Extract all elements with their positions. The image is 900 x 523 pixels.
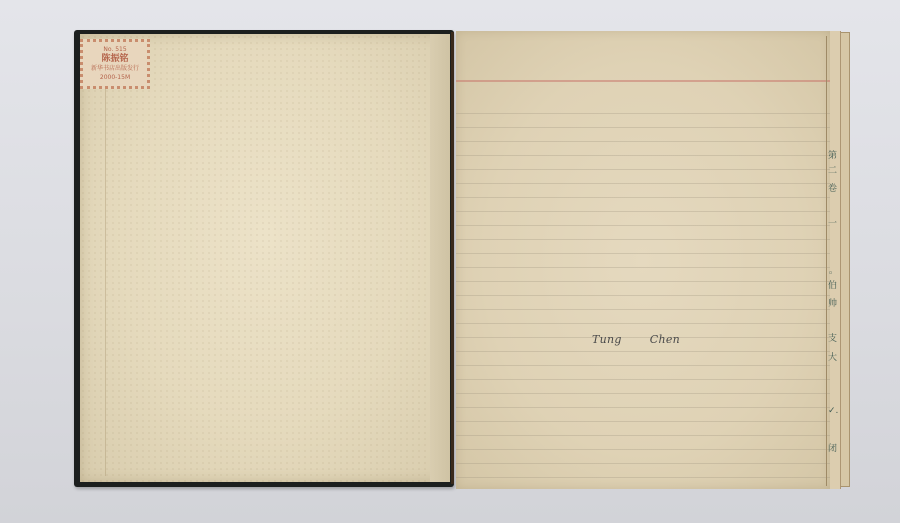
left-gutter <box>430 34 450 482</box>
spine <box>451 32 454 484</box>
header-rule <box>456 80 830 82</box>
library-label: No. 515 陈振铭 新华书店出版发行 2000-15M <box>80 39 150 89</box>
handwritten-name: TungChen <box>592 333 708 346</box>
label-number: No. 515 <box>83 45 147 54</box>
name-last: Chen <box>650 333 680 346</box>
left-endpaper <box>80 34 450 482</box>
name-first: Tung <box>592 333 622 346</box>
margin-char: 帅 <box>828 298 837 310</box>
margin-char: 二 <box>828 165 837 177</box>
margin-char: 伯 <box>828 280 837 292</box>
endpaper-fold-line <box>105 40 106 476</box>
label-publisher: 新华书店出版发行 <box>83 64 147 73</box>
margin-char: 卷 <box>828 183 837 195</box>
ruled-lines <box>456 100 830 480</box>
label-code: 2000-15M <box>83 73 147 82</box>
page-edge <box>826 36 827 486</box>
margin-char: 闭 <box>828 443 837 455</box>
margin-char: 一 <box>828 218 837 230</box>
margin-char: ✓. <box>828 405 838 417</box>
margin-char: 第 <box>828 150 837 162</box>
margin-char: 大 <box>828 352 837 364</box>
margin-char: ◦ <box>828 268 833 280</box>
margin-char: 支 <box>828 333 837 345</box>
label-title: 陈振铭 <box>83 54 147 64</box>
